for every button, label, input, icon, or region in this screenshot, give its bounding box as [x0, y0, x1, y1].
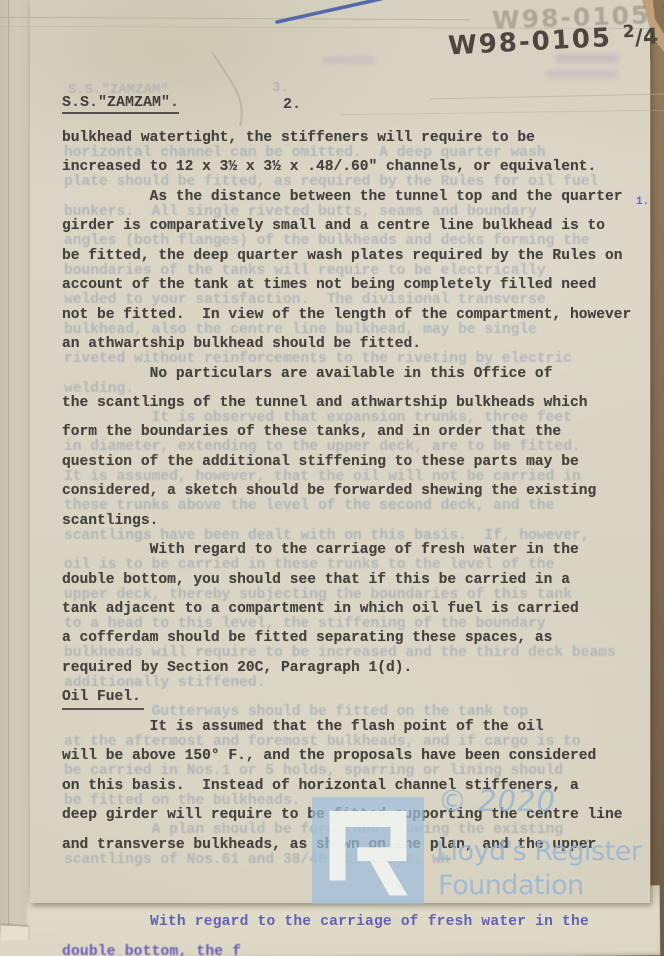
text-line: be fitted, the deep quarter wash plates …: [62, 245, 631, 274]
sheet-corner: [0, 939, 40, 956]
text-line: not be fitted. In view of the length of …: [62, 304, 631, 333]
ship-name-heading: S.S."ZAMZAM".: [62, 94, 179, 114]
scanned-document-page: W98-0105 2/4 W98-0105 2/4 S.S."ZAMZAM" 3…: [0, 0, 664, 956]
text-line: double bottom, you should see that if th…: [62, 569, 631, 598]
text-line: tank adjacent to a compartment in which …: [62, 598, 631, 627]
text-line: required by Section 20C, Paragraph 1(d).: [62, 657, 631, 686]
oil-fuel-heading-underline: [62, 708, 144, 710]
text-line: scantlings.: [62, 510, 631, 539]
text-line: an athwartship bulkhead should be fitted…: [62, 333, 631, 362]
page-edge-line: [650, 60, 651, 900]
text-line: a cofferdam should be fitted separating …: [62, 627, 631, 656]
text-line: considered, a sketch should be forwarded…: [62, 480, 631, 509]
text-line: will be above 150° F., and the proposals…: [62, 745, 631, 774]
text-line: Oil Fuel.: [62, 686, 631, 715]
reference-frac-numerator: 2: [622, 22, 635, 43]
text-line: the scantlings of the tunnel and athwart…: [62, 392, 631, 421]
text-line: question of the additional stiffening to…: [62, 451, 631, 480]
text-line: No particulars are available in this Off…: [62, 363, 631, 392]
text-line: increased to 12 x 3½ x 3½ x .48/.60" cha…: [62, 156, 631, 185]
reference-frac-denominator: 4: [642, 25, 659, 51]
ink-ghost-smudge: [546, 70, 618, 78]
text-line: As the distance between the tunnel top a…: [62, 186, 631, 215]
text-line: form the boundaries of these tanks, and …: [62, 421, 631, 450]
underlying-sheet-text-line: With regard to the carriage of fresh wat…: [150, 914, 589, 930]
text-line: girder is comparatively small and a cent…: [62, 215, 631, 244]
page-number-ghost: 3.: [272, 80, 289, 96]
text-line: deep girder will require to be fitted su…: [62, 804, 631, 833]
typewritten-body-text: bulkhead watertight, the stiffeners will…: [62, 127, 631, 863]
page-number: 2.: [283, 96, 301, 113]
text-line: With regard to the carriage of fresh wat…: [62, 539, 631, 568]
text-line: bulkhead watertight, the stiffeners will…: [62, 127, 631, 156]
margin-annotation: 1.: [636, 196, 649, 208]
sheet-edge-line: [8, 0, 9, 956]
text-line: account of the tank at times not being c…: [62, 274, 631, 303]
ink-ghost-smudge: [323, 56, 375, 64]
text-line: on this basis. Instead of horizontal cha…: [62, 775, 631, 804]
text-line: It is assumed that the flash point of th…: [62, 716, 631, 745]
underlying-sheet-text-line: double bottom, the f: [62, 944, 241, 956]
text-line: and transverse bulkheads, as shown on th…: [62, 834, 631, 863]
